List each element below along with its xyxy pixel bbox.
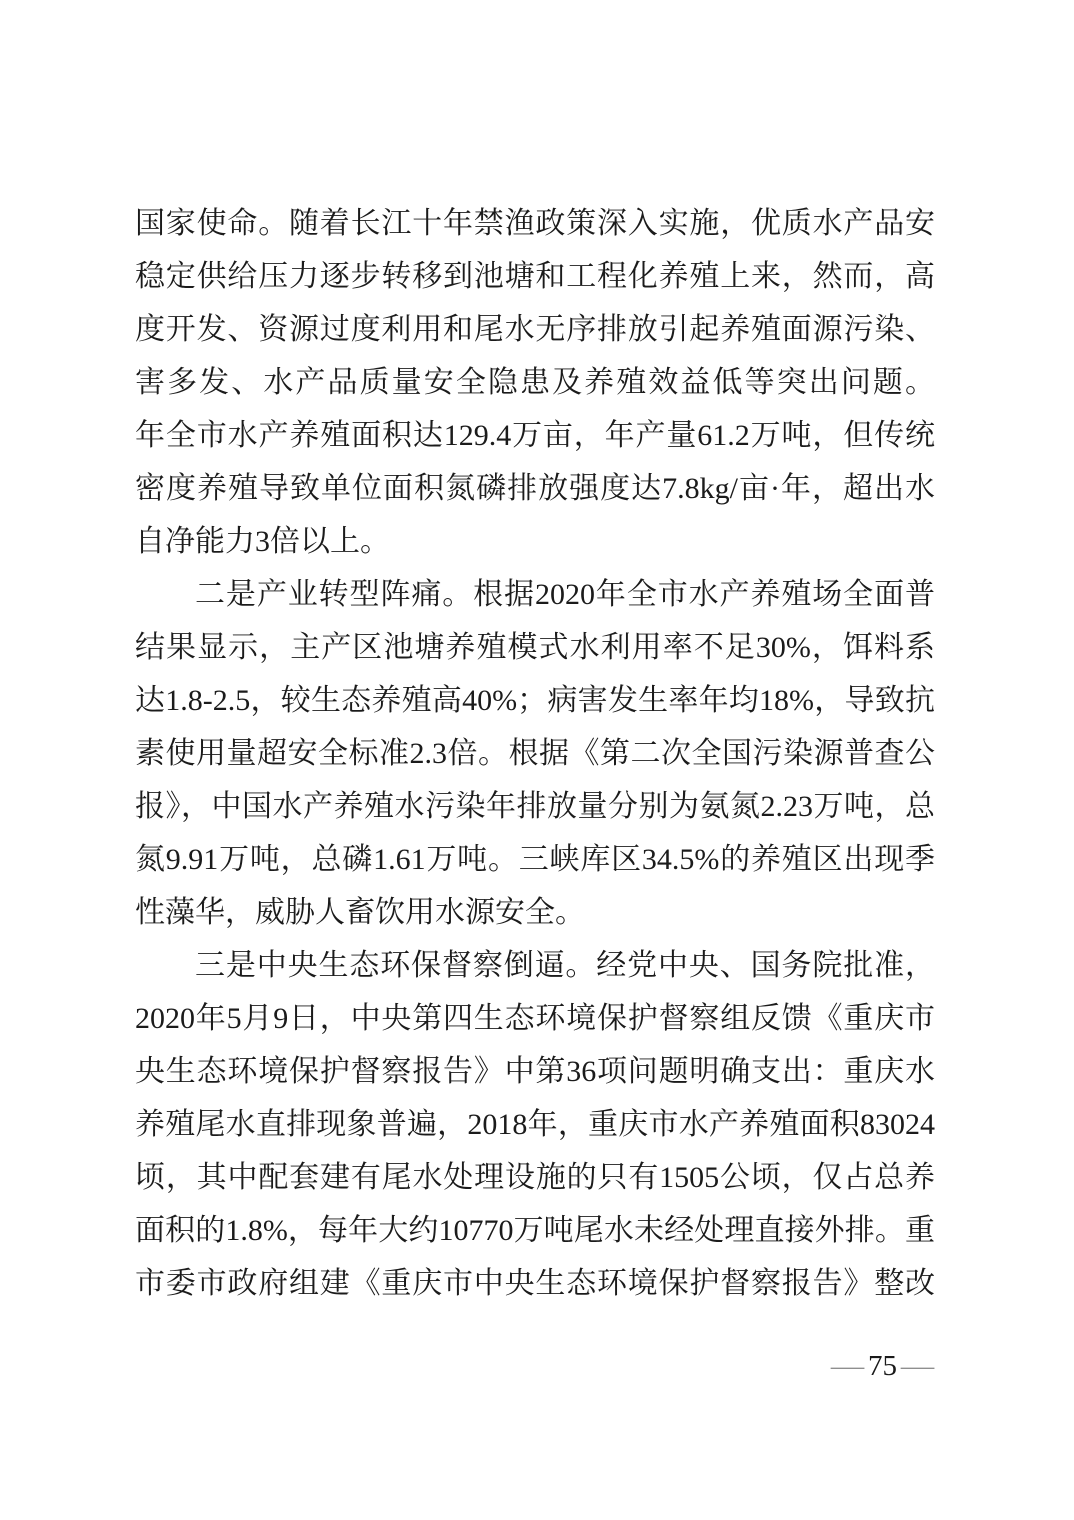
text-line: 养殖尾水直排现象普遍，2018年，重庆市水产养殖面积83024公 (135, 1098, 935, 1151)
footer-page-number: 75 (868, 1349, 897, 1383)
text-line: 害多发、水产品质量安全隐患及养殖效益低等突出问题。2024 (135, 356, 935, 409)
text-line: 国家使命。随着长江十年禁渔政策深入实施，优质水产品安全 (135, 197, 935, 250)
text-line: 2020年5月9日，中央第四生态环境保护督察组反馈《重庆市中 (135, 992, 935, 1045)
text-line: 结果显示，主产区池塘养殖模式水利用率不足30%，饵料系数 (135, 621, 935, 674)
text-line: 顷，其中配套建有尾水处理设施的只有1505公顷，仅占总养殖 (135, 1151, 935, 1204)
text-line: 央生态环境保护督察报告》中第36项问题明确支出：重庆水产 (135, 1045, 935, 1098)
text-line: 素使用量超安全标准2.3倍。根据《第二次全国污染源普查公 (135, 727, 935, 780)
text-line: 面积的1.8%，每年大约10770万吨尾水未经处理直接外排。重庆 (135, 1204, 935, 1257)
text-line: 三是中央生态环保督察倒逼。经党中央、国务院批准， (135, 939, 935, 992)
text-line: 稳定供给压力逐步转移到池塘和工程化养殖上来，然而，高强 (135, 250, 935, 303)
text-line: 二是产业转型阵痛。根据2020年全市水产养殖场全面普查 (135, 568, 935, 621)
document-page: 国家使命。随着长江十年禁渔政策深入实施，优质水产品安全稳定供给压力逐步转移到池塘… (0, 0, 1074, 1520)
text-block: 国家使命。随着长江十年禁渔政策深入实施，优质水产品安全稳定供给压力逐步转移到池塘… (135, 197, 935, 1310)
text-line: 年全市水产养殖面积达129.4万亩，年产量61.2万吨，但传统高 (135, 409, 935, 462)
text-line: 达1.8-2.5，较生态养殖高40%；病害发生率年均18%，导致抗生 (135, 674, 935, 727)
text-line: 报》，中国水产养殖水污染年排放量分别为氨氮2.23万吨，总 (135, 780, 935, 833)
text-line: 自净能力3倍以上。 (135, 515, 935, 568)
footer-dash-left: — (831, 1349, 864, 1383)
text-line: 氮9.91万吨，总磷1.61万吨。三峡库区34.5%的养殖区出现季节 (135, 833, 935, 886)
text-line: 性藻华，威胁人畜饮用水源安全。 (135, 886, 935, 939)
text-line: 市委市政府组建《重庆市中央生态环境保护督察报告》整改方 (135, 1257, 935, 1310)
footer-dash-right: — (901, 1349, 934, 1383)
page-footer: — 75 — (833, 1349, 932, 1383)
text-line: 度开发、资源过度利用和尾水无序排放引起养殖面源污染、病 (135, 303, 935, 356)
text-line: 密度养殖导致单位面积氮磷排放强度达7.8kg/亩·年，超出水体 (135, 462, 935, 515)
